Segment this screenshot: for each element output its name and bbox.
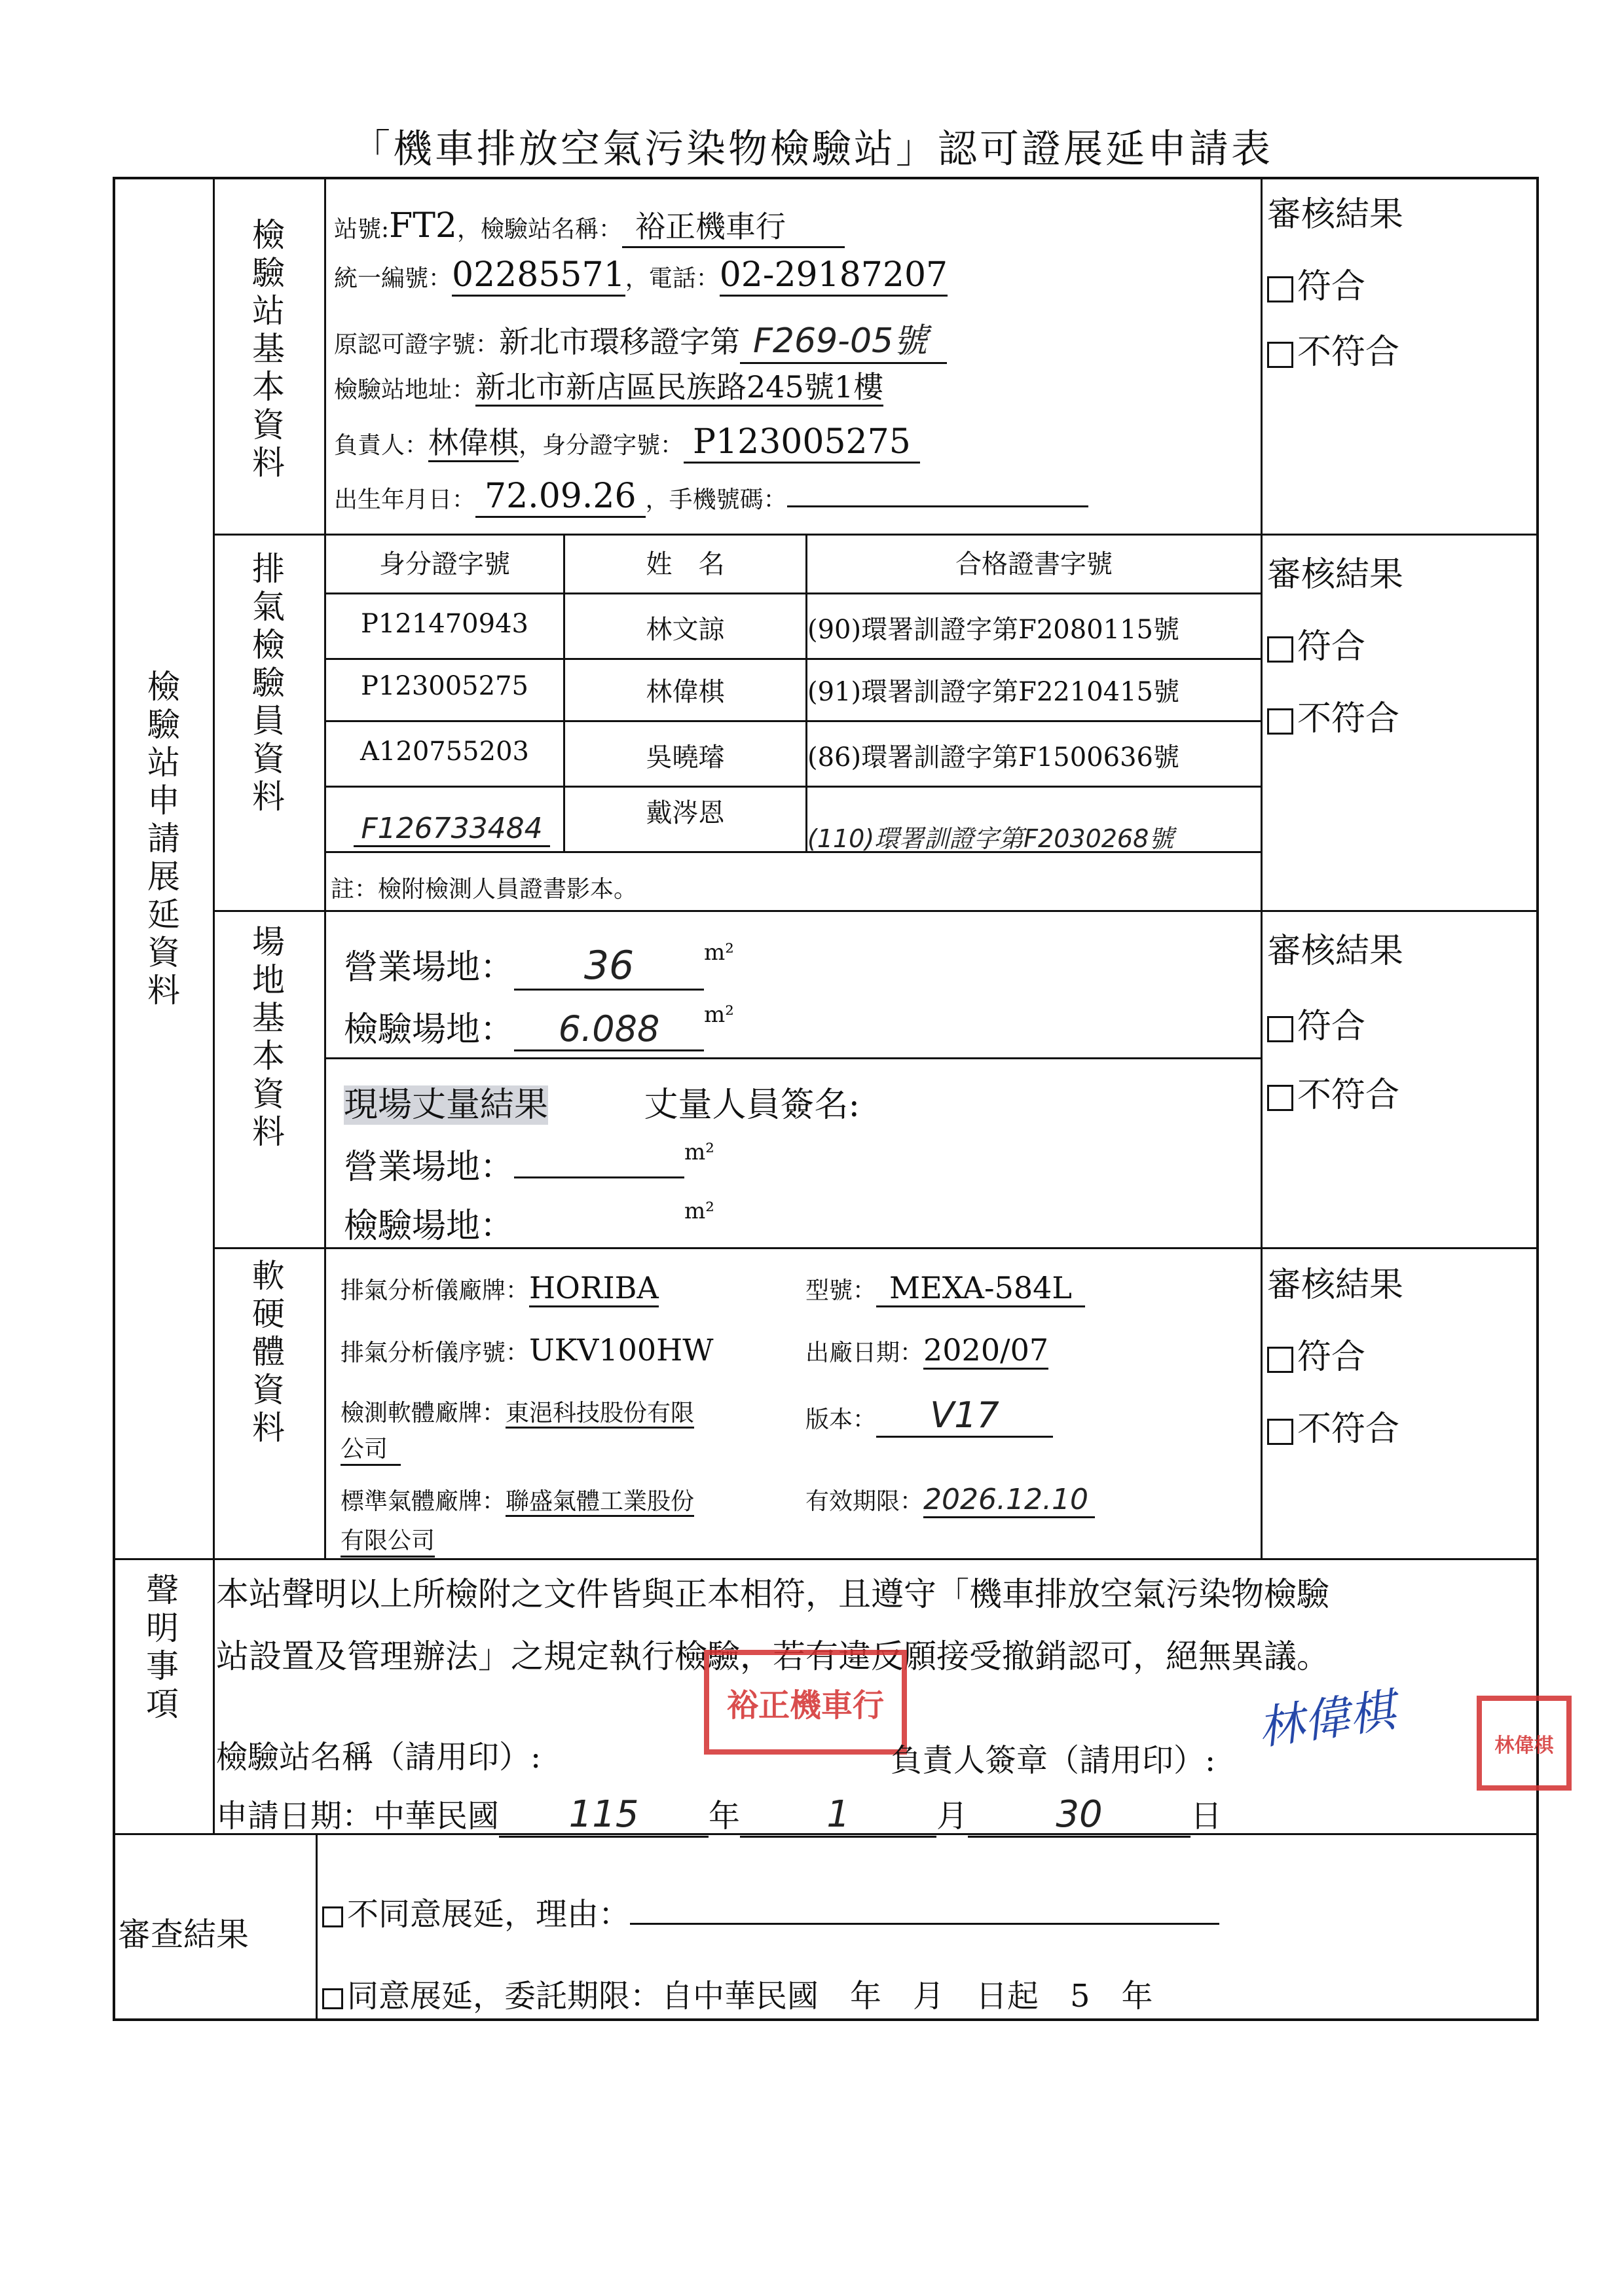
col-line-1 <box>213 177 215 1558</box>
gas-brand-value: 聯盛氣體工業股份 <box>506 1488 694 1517</box>
tax-id-row: 統一編號：02285571，電話：02-29187207 <box>334 255 948 295</box>
fail-label: 不符合 <box>1297 1076 1399 1115</box>
station-name-label: ，檢驗站名稱： <box>457 216 622 243</box>
fail-label: 不符合 <box>1297 699 1399 738</box>
approve-option[interactable]: 同意展延，委託期限：自中華民國 年 月 日起 5 年 <box>322 1971 1153 2016</box>
phone-value: 02-29187207 <box>720 255 948 297</box>
software-brand-cont: 公司 <box>341 1430 401 1466</box>
table-row-line <box>324 658 1261 660</box>
tax-id-label: 統一編號： <box>334 265 452 292</box>
pass-label: 符合 <box>1297 1007 1365 1046</box>
dob-label: 出生年月日： <box>334 486 475 513</box>
address-value: 新北市新店區民族路245號1樓 <box>475 369 883 407</box>
mobile-label: ，手機號碼： <box>646 486 787 513</box>
fail-label: 不符合 <box>1297 333 1399 372</box>
analyzer-brand-value: HORIBA <box>529 1270 659 1307</box>
header-cert: 合格證書字號 <box>807 543 1261 581</box>
col-line-2 <box>324 177 326 1558</box>
header-id: 身分證字號 <box>326 543 563 581</box>
row-line-3 <box>213 1247 1539 1249</box>
serial-row: 排氣分析儀序號：UKV100HW <box>341 1332 714 1368</box>
pass-label: 符合 <box>1297 1338 1365 1377</box>
date-day: 30 <box>968 1793 1190 1838</box>
site-review-title: 審核結果 <box>1267 923 1403 972</box>
review-section-label: 審查結果 <box>118 1908 249 1956</box>
serial-value: UKV100HW <box>529 1332 714 1368</box>
analyzer-brand-row: 排氣分析儀廠牌：HORIBA <box>341 1270 659 1305</box>
inspectors-pass-option[interactable]: 符合 <box>1267 619 1365 668</box>
reject-option[interactable]: 不同意展延，理由： <box>322 1889 1219 1934</box>
basic-fail-option[interactable]: 不符合 <box>1267 324 1399 373</box>
checkbox[interactable] <box>1267 342 1293 368</box>
decl-col-line <box>213 1558 215 1833</box>
dob-row: 出生年月日：72.09.26，手機號碼： <box>334 477 1088 518</box>
site-section-label: 場地基本資料 <box>249 923 288 1151</box>
inspectors-fail-option[interactable]: 不符合 <box>1267 691 1399 740</box>
station-stamp-label: 檢驗站名稱（請用印）: <box>216 1732 541 1777</box>
inspector-id: P121470943 <box>326 609 563 639</box>
station-seal-stamp: 裕正機車行 <box>704 1650 907 1755</box>
mfg-date-label: 出廠日期： <box>805 1339 923 1366</box>
row-line-2 <box>213 910 1539 912</box>
software-brand-value: 東浥科技股份有限 <box>506 1400 694 1429</box>
model-row: 型號：MEXA-584L <box>805 1270 1085 1307</box>
basic-section-label: 檢驗站基本資料 <box>249 216 288 482</box>
station-no-row: 站號:FT2，檢驗站名稱：裕正機車行 <box>334 203 845 248</box>
station-no-label: 站號: <box>334 216 389 243</box>
row-line-1 <box>213 534 1539 536</box>
station-no-value: FT2 <box>389 206 457 246</box>
site-fail-option[interactable]: 不符合 <box>1267 1067 1399 1116</box>
business-area-row: 營業場地：36m² <box>344 939 734 991</box>
inspectors-review-title: 審核結果 <box>1267 547 1403 596</box>
site-divider <box>324 1057 1261 1059</box>
software-brand-row: 檢測軟體廠牌：東浥科技股份有限 <box>341 1394 694 1428</box>
checkbox[interactable] <box>1267 1016 1293 1042</box>
unit-label: m² <box>704 939 734 966</box>
address-row: 檢驗站地址：新北市新店區民族路245號1樓 <box>334 363 883 407</box>
site-pass-option[interactable]: 符合 <box>1267 998 1365 1048</box>
checkbox[interactable] <box>1267 708 1293 735</box>
col-line-3 <box>1261 177 1263 1558</box>
date-month: 1 <box>740 1793 936 1838</box>
mobile-value <box>787 479 1088 507</box>
model-label: 型號： <box>805 1277 876 1304</box>
owner-row: 負責人：林偉棋，身分證字號：P123005275 <box>334 419 920 464</box>
onsite-label: 現場丈量結果 <box>344 1085 548 1125</box>
fail-label: 不符合 <box>1297 1410 1399 1449</box>
onsite-row: 現場丈量結果 丈量人員簽名: <box>344 1077 860 1126</box>
inspector-cert: (90)環署訓證字第F2080115號 <box>807 609 1200 646</box>
expiry-value: 2026.12.10 <box>923 1483 1095 1518</box>
inspector-id: P123005275 <box>326 671 563 701</box>
dob-value: 72.09.26 <box>475 477 646 518</box>
inspection-area-value: 6.088 <box>514 1008 704 1051</box>
owner-sign-label: 負責人簽章（請用印）: <box>891 1735 1215 1780</box>
onsite-business-label: 營業場地： <box>344 1148 514 1187</box>
inspector-cert: (110)環署訓證字第F2030268號 <box>807 818 1213 854</box>
inspection-area-label: 檢驗場地： <box>344 1010 514 1049</box>
owner-id-label: ，身分證字號： <box>519 432 684 459</box>
table-header-line <box>324 592 1261 594</box>
phone-label: ，電話： <box>625 265 720 292</box>
inspector-name: 吳曉璿 <box>565 737 805 774</box>
row-line-4 <box>113 1558 1539 1560</box>
frame-top <box>113 177 1539 179</box>
unit-label: m² <box>684 1139 714 1165</box>
equipment-pass-option[interactable]: 符合 <box>1267 1329 1365 1378</box>
orig-cert-number: F269-05號 <box>740 313 947 364</box>
inspector-note: 註：檢附檢測人員證書影本。 <box>331 871 637 904</box>
equipment-fail-option[interactable]: 不符合 <box>1267 1401 1399 1450</box>
inspector-cert: (91)環署訓證字第F2210415號 <box>807 671 1200 708</box>
basic-pass-option[interactable]: 符合 <box>1267 259 1365 308</box>
inspection-area-row: 檢驗場地：6.088m² <box>344 1002 734 1051</box>
equipment-section-label: 軟硬體資料 <box>249 1257 288 1447</box>
serial-label: 排氣分析儀序號： <box>341 1339 529 1366</box>
review-col-line <box>316 1833 318 2020</box>
owner-value: 林偉棋 <box>428 425 519 462</box>
checkbox[interactable] <box>322 1988 343 2009</box>
checkbox[interactable] <box>1267 1347 1293 1373</box>
frame-left <box>113 177 115 2020</box>
version-row: 版本：V17 <box>805 1394 1053 1438</box>
gas-brand-row: 標準氣體廠牌：聯盛氣體工業股份 <box>341 1483 694 1516</box>
inspector-id: F126733484 <box>354 812 550 847</box>
table-row-line <box>324 720 1261 722</box>
owner-label: 負責人： <box>334 432 428 459</box>
inspector-name: 林偉棋 <box>565 671 805 708</box>
analyzer-brand-label: 排氣分析儀廠牌： <box>341 1277 529 1304</box>
table-row-line <box>324 786 1261 788</box>
owner-seal-stamp: 林偉棋 <box>1477 1696 1572 1791</box>
pass-label: 符合 <box>1297 267 1365 306</box>
approve-label: 同意展延，委託期限：自中華民國 年 月 日起 5 年 <box>347 1978 1153 2014</box>
header-name: 姓 名 <box>565 543 805 581</box>
year-label: 年 <box>709 1798 740 1834</box>
pass-label: 符合 <box>1297 627 1365 666</box>
day-label: 日 <box>1190 1798 1222 1834</box>
checkbox[interactable] <box>1267 1419 1293 1445</box>
reject-label: 不同意展延，理由： <box>347 1896 630 1933</box>
date-year: 115 <box>499 1793 709 1838</box>
outer-section-label: 檢驗站申請展延資料 <box>144 668 183 1010</box>
gas-brand-label: 標準氣體廠牌： <box>341 1488 506 1515</box>
checkbox[interactable] <box>1267 636 1293 663</box>
declaration-text-line1: 本站聲明以上所檢附之文件皆與正本相符，且遵守「機車排放空氣污染物檢驗 <box>216 1568 1329 1615</box>
onsite-business-field[interactable] <box>514 1150 684 1178</box>
checkbox[interactable] <box>1267 1085 1293 1111</box>
checkbox[interactable] <box>322 1906 343 1927</box>
inspector-name: 林文諒 <box>565 609 805 646</box>
expiry-row: 有效期限：2026.12.10 <box>805 1483 1095 1518</box>
month-label: 月 <box>936 1798 968 1834</box>
surveyor-label: 丈量人員簽名: <box>644 1085 860 1125</box>
onsite-inspection-row: 檢驗場地：m² <box>344 1198 714 1247</box>
onsite-business-row: 營業場地：m² <box>344 1139 714 1188</box>
onsite-inspection-field[interactable] <box>514 1211 684 1237</box>
gas-brand-cont: 有限公司 <box>341 1522 435 1558</box>
business-area-value: 36 <box>514 943 704 991</box>
version-value: V17 <box>876 1394 1053 1438</box>
mfg-date-row: 出廠日期：2020/07 <box>805 1332 1048 1368</box>
expiry-label: 有效期限： <box>805 1488 923 1515</box>
owner-id-value: P123005275 <box>684 422 920 464</box>
inspector-cert: (86)環署訓證字第F1500636號 <box>807 737 1200 774</box>
mfg-date-value: 2020/07 <box>923 1332 1048 1370</box>
inspector-id: A120755203 <box>326 737 563 767</box>
orig-cert-prefix: 新北市環移證字第 <box>499 324 740 359</box>
application-date-row: 申請日期：中華民國115年1月30日 <box>216 1791 1222 1838</box>
version-label: 版本： <box>805 1406 876 1433</box>
address-label: 檢驗站地址： <box>334 376 475 403</box>
form-title: 「機車排放空氣污染物檢驗站」認可證展延申請表 <box>0 118 1624 174</box>
reject-reason-field[interactable] <box>630 1897 1219 1925</box>
software-brand-label: 檢測軟體廠牌： <box>341 1400 506 1427</box>
tax-id-value: 02285571 <box>452 255 625 297</box>
orig-cert-label: 原認可證字號： <box>334 331 499 358</box>
unit-label: m² <box>684 1198 714 1224</box>
onsite-inspection-label: 檢驗場地： <box>344 1207 514 1246</box>
frame-bottom <box>113 2018 1539 2021</box>
checkbox[interactable] <box>1267 276 1293 302</box>
date-label: 申請日期：中華民國 <box>216 1798 499 1834</box>
inspectors-section-label: 排氣檢驗員資料 <box>249 550 288 816</box>
business-area-label: 營業場地： <box>344 948 514 987</box>
equipment-review-title: 審核結果 <box>1267 1257 1403 1306</box>
station-name-value: 裕正機車行 <box>622 203 845 248</box>
owner-signature: 林偉棋 <box>1253 1673 1399 1758</box>
inspector-name: 戴涔恩 <box>565 792 805 829</box>
model-value: MEXA-584L <box>876 1270 1085 1307</box>
basic-review-title: 審核結果 <box>1267 187 1403 236</box>
unit-label: m² <box>704 1002 734 1028</box>
orig-cert-row: 原認可證字號：新北市環移證字第F269-05號 <box>334 313 947 364</box>
declaration-section-label: 聲明事項 <box>143 1571 182 1723</box>
